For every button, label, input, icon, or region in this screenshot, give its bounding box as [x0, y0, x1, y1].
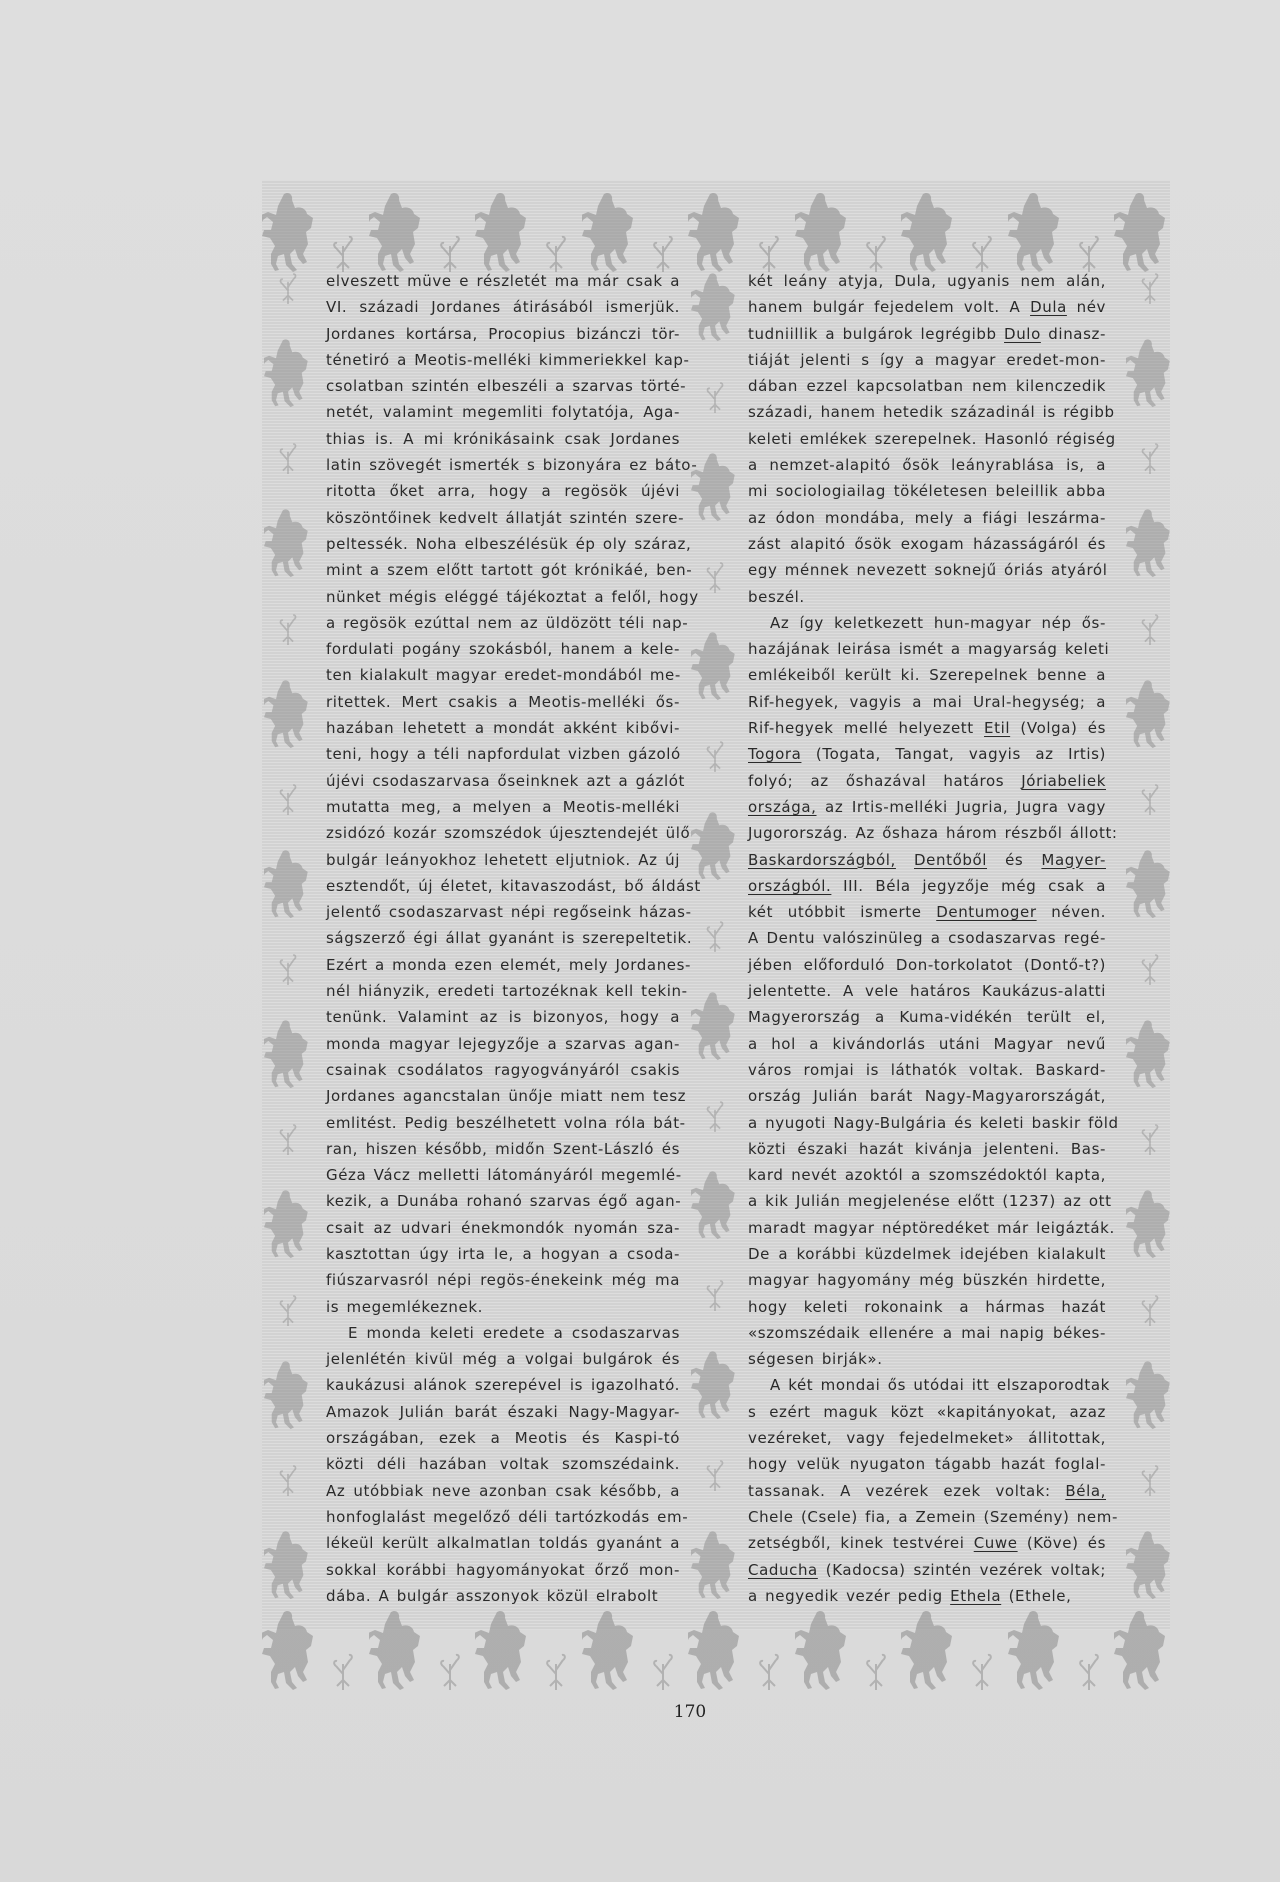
- sprig-icon: [1140, 1121, 1160, 1155]
- sprig-icon: [1140, 270, 1160, 304]
- text-line: köszöntőinek kedvelt állatját szintén sz…: [326, 505, 680, 531]
- text-line: országában, ezek a Meotis és Kaspi-tó: [326, 1425, 680, 1451]
- text-line: tudniillik a bulgárok legrégibb Dulo din…: [748, 321, 1106, 347]
- sprig-icon: [278, 951, 298, 985]
- sprig-icon: [1140, 1292, 1160, 1326]
- dancing-figures-icon: [1126, 1187, 1174, 1259]
- text-line: s ezért maguk közt «kapitányokat, azaz: [748, 1399, 1106, 1425]
- text-line: fordulati pogány szokásból, hanem a kele…: [326, 636, 680, 662]
- sprig-icon: [705, 1457, 725, 1491]
- underlined-term: Béla,: [1065, 1482, 1106, 1500]
- sprig-icon: [332, 232, 354, 272]
- dancing-figures-icon: [1114, 1608, 1170, 1690]
- text-line: jelentette. A vele határos Kaukázus-alat…: [748, 978, 1106, 1004]
- sprig-icon: [865, 1650, 887, 1690]
- dancing-figures-icon: [369, 190, 425, 272]
- dancing-figures-icon: [901, 1608, 957, 1690]
- text-line: Amazok Julián barát északi Nagy-Magyar-: [326, 1399, 680, 1425]
- text-line: emlékeiből került ki. Szerepelnek benne …: [748, 662, 1106, 688]
- sprig-icon: [705, 559, 725, 593]
- text-line: zást alapitó ősök exogam házasságáról és: [748, 531, 1106, 557]
- sprig-icon: [758, 232, 780, 272]
- dancing-figures-icon: [691, 989, 739, 1061]
- text-line: Chele (Csele) fia, a Zemein (Szemény) ne…: [748, 1504, 1106, 1530]
- sprig-icon: [278, 611, 298, 645]
- text-line: csolatban szintén elbeszéli a szarvas tö…: [326, 373, 680, 399]
- sprig-icon: [652, 232, 674, 272]
- dancing-figures-icon: [1008, 190, 1064, 272]
- dancing-figures-icon: [795, 190, 851, 272]
- underlined-term: Cuwe: [974, 1534, 1018, 1552]
- underlined-term: Etil: [984, 719, 1010, 737]
- dancing-figures-icon: [691, 1168, 739, 1240]
- text-line: a kik Julián megjelenése előtt (1237) az…: [748, 1188, 1106, 1214]
- dancing-figures-icon: [691, 1528, 739, 1600]
- text-line: közti déli hazában voltak szomszédaink.: [326, 1451, 680, 1477]
- underlined-term: Dulo: [1004, 325, 1041, 343]
- dancing-figures-icon: [1126, 506, 1174, 578]
- text-line: egy ménnek nevezett soknejű óriás atyáró…: [748, 557, 1106, 583]
- dancing-figures-icon: [691, 270, 739, 342]
- text-line: Jordanes kortársa, Procopius bizánczi tö…: [326, 321, 680, 347]
- underlined-term: Dentőből: [914, 851, 987, 869]
- text-line: elveszett müve e részletét ma már csak a: [326, 268, 680, 294]
- page-number: 170: [660, 1702, 720, 1722]
- sprig-icon: [1140, 440, 1160, 474]
- text-line: tiáját jelenti s így a magyar eredet-mon…: [748, 347, 1106, 373]
- text-line: Baskardországból, Dentőből és Magyer-: [748, 847, 1106, 873]
- text-line: mi sociologiailag tökéletesen beleillik …: [748, 478, 1106, 504]
- text-line: ségesen birják».: [748, 1346, 1106, 1372]
- text-line: kasztottan úgy irta le, a hogyan a csoda…: [326, 1241, 680, 1267]
- dancing-figures-icon: [262, 190, 318, 272]
- text-line: latin szövegét ismerték s bizonyára ez b…: [326, 452, 680, 478]
- text-line: VI. századi Jordanes átirásából ismerjük…: [326, 294, 680, 320]
- left-ornament-border: [258, 270, 318, 1600]
- dancing-figures-icon: [1126, 847, 1174, 919]
- dancing-figures-icon: [795, 1608, 851, 1690]
- text-line: a nemzet-alapitó ősök leányrablása is, a: [748, 452, 1106, 478]
- sprig-icon: [278, 1462, 298, 1496]
- dancing-figures-icon: [475, 1608, 531, 1690]
- text-line: De a korábbi küzdelmek idejében kialakul…: [748, 1241, 1106, 1267]
- text-line: kaukázusi alánok szerepével is igazolhat…: [326, 1372, 680, 1398]
- dancing-figures-icon: [1008, 1608, 1064, 1690]
- text-line: «szomszédaik ellenére a mai napig békes-: [748, 1320, 1106, 1346]
- dancing-figures-icon: [264, 336, 312, 408]
- text-line: Magyerország a Kuma-vidékén terült el,: [748, 1004, 1106, 1030]
- sprig-icon: [278, 1292, 298, 1326]
- text-line: a hol a kivándorlás utáni Magyar nevű: [748, 1031, 1106, 1057]
- text-line: hogy velük nyugaton tágabb hazát foglal-: [748, 1451, 1106, 1477]
- text-line: peltessék. Noha elbeszélésük ép oly szár…: [326, 531, 680, 557]
- text-line: ran, hiszen később, midőn Szent-László é…: [326, 1136, 680, 1162]
- dancing-figures-icon: [1126, 1528, 1174, 1600]
- dancing-figures-icon: [369, 1608, 425, 1690]
- text-line: ritettek. Mert csakis a Meotis-melléki ő…: [326, 689, 680, 715]
- dancing-figures-icon: [688, 1608, 744, 1690]
- text-line: A két mondai ős utódai itt elszaporodtak: [748, 1372, 1106, 1398]
- text-line: zsidózó kozár szomszédok újesztendejét ü…: [326, 820, 680, 846]
- underlined-term: Baskardországból,: [748, 851, 896, 869]
- text-line: nél hiányzik, eredeti tartozéknak kell t…: [326, 978, 680, 1004]
- text-line: két leány atyja, Dula, ugyanis nem alán,: [748, 268, 1106, 294]
- text-line: dában ezzel kapcsolatban nem kilenczedik: [748, 373, 1106, 399]
- text-line: jében előforduló Don-torkolatot (Dontő-t…: [748, 952, 1106, 978]
- text-line: nünket mégis eléggé tájékoztat a felől, …: [326, 584, 680, 610]
- text-line: jelentő csodaszarvast népi regőseink ház…: [326, 899, 680, 925]
- sprig-icon: [278, 1121, 298, 1155]
- text-line: esztendőt, új életet, kitavaszodást, bő …: [326, 873, 680, 899]
- text-line: magyar hagyomány még büszkén hirdette,: [748, 1267, 1106, 1293]
- dancing-figures-icon: [475, 190, 531, 272]
- text-line: jelenlétén kivül még a volgai bulgárok é…: [326, 1346, 680, 1372]
- dancing-figures-icon: [262, 1608, 318, 1690]
- dancing-figures-icon: [264, 847, 312, 919]
- dancing-figures-icon: [1126, 677, 1174, 749]
- sprig-icon: [1140, 781, 1160, 815]
- sprig-icon: [705, 918, 725, 952]
- dancing-figures-icon: [1114, 190, 1170, 272]
- text-line: város romjai is láthatók voltak. Baskard…: [748, 1057, 1106, 1083]
- sprig-icon: [705, 738, 725, 772]
- text-line: hanem bulgár fejedelem volt. A Dula név: [748, 294, 1106, 320]
- sprig-icon: [971, 232, 993, 272]
- text-line: hazában lehetett a mondát akként kibővi-: [326, 715, 680, 741]
- dancing-figures-icon: [264, 1358, 312, 1430]
- text-line: honfoglalást megelőző déli tartózkodás e…: [326, 1504, 680, 1530]
- left-text-column: elveszett müve e részletét ma már csak a…: [326, 268, 680, 1609]
- text-line: az ódon mondába, mely a fiági leszárma-: [748, 505, 1106, 531]
- text-line: zetségből, kinek testvérei Cuwe (Köve) é…: [748, 1530, 1106, 1556]
- text-line: lékeül került alkalmatlan toldás gyanánt…: [326, 1530, 680, 1556]
- text-line: tassanak. A vezérek ezek voltak: Béla,: [748, 1478, 1106, 1504]
- dancing-figures-icon: [901, 190, 957, 272]
- dancing-figures-icon: [582, 190, 638, 272]
- text-line: folyó; az őshazával határos Jóriabeliek: [748, 768, 1106, 794]
- text-line: Jordanes agancstalan ünője miatt nem tes…: [326, 1083, 680, 1109]
- text-line: is megemlékeznek.: [326, 1294, 680, 1320]
- bottom-ornament-border: [262, 1600, 1170, 1690]
- sprig-icon: [1140, 951, 1160, 985]
- dancing-figures-icon: [582, 1608, 638, 1690]
- text-line: Jugorország. Az őshaza három részből áll…: [748, 820, 1106, 846]
- underlined-term: Jóriabeliek: [1021, 772, 1106, 790]
- dancing-figures-icon: [1126, 336, 1174, 408]
- text-line: ritotta őket arra, hogy a regösök újévi: [326, 478, 680, 504]
- sprig-icon: [545, 1650, 567, 1690]
- dancing-figures-icon: [264, 506, 312, 578]
- text-line: országa, az Irtis-melléki Jugria, Jugra …: [748, 794, 1106, 820]
- dancing-figures-icon: [264, 677, 312, 749]
- text-line: hazájának leirása ismét a magyarság kele…: [748, 636, 1106, 662]
- underlined-term: Togora: [748, 745, 801, 763]
- underlined-term: Magyer-: [1041, 851, 1106, 869]
- text-line: a negyedik vezér pedig Ethela (Ethele,: [748, 1583, 1106, 1609]
- text-line: teni, hogy a téli napfordulat vizben gáz…: [326, 741, 680, 767]
- dancing-figures-icon: [691, 450, 739, 522]
- text-line: kezik, a Dunába rohanó szarvas égő agan-: [326, 1188, 680, 1214]
- sprig-icon: [652, 1650, 674, 1690]
- text-line: Rif-hegyek, vagyis a mai Ural-hegység; a: [748, 689, 1106, 715]
- sprig-icon: [278, 440, 298, 474]
- dancing-figures-icon: [264, 1017, 312, 1089]
- text-line: fiúszarvasról népi regös-énekeink még ma: [326, 1267, 680, 1293]
- text-line: a nyugoti Nagy-Bulgária és keleti baskir…: [748, 1110, 1106, 1136]
- sprig-icon: [545, 232, 567, 272]
- underlined-term: Caducha: [748, 1561, 818, 1579]
- text-line: csait az udvari énekmondók nyomán sza-: [326, 1215, 680, 1241]
- dancing-figures-icon: [691, 1348, 739, 1420]
- text-line: dába. A bulgár asszonyok közül elrabolt: [326, 1583, 680, 1609]
- text-line: ságszerző égi állat gyanánt is szerepelt…: [326, 925, 680, 951]
- text-line: sokkal korábbi hagyományokat őrző mon-: [326, 1557, 680, 1583]
- text-line: monda magyar lejegyzője a szarvas agan-: [326, 1031, 680, 1057]
- text-line: netét, valamint megemliti folytatója, Ag…: [326, 399, 680, 425]
- text-line: ország Julián barát Nagy-Magyarországát,: [748, 1083, 1106, 1109]
- text-line: Togora (Togata, Tangat, vagyis az Irtis): [748, 741, 1106, 767]
- sprig-icon: [278, 270, 298, 304]
- text-line: Az így keletkezett hun-magyar nép ős-: [748, 610, 1106, 636]
- dancing-figures-icon: [688, 190, 744, 272]
- sprig-icon: [865, 232, 887, 272]
- text-line: országból. III. Béla jegyzője még csak a: [748, 873, 1106, 899]
- text-line: kard nevét azoktól a szomszédoktól kapta…: [748, 1162, 1106, 1188]
- text-line: közti északi hazát kivánja jelenteni. Ba…: [748, 1136, 1106, 1162]
- right-ornament-border: [1125, 270, 1175, 1600]
- sprig-icon: [705, 1277, 725, 1311]
- text-line: maradt magyar néptöredéket már leigázták…: [748, 1215, 1106, 1241]
- dancing-figures-icon: [691, 629, 739, 701]
- sprig-icon: [278, 781, 298, 815]
- sprig-icon: [439, 1650, 461, 1690]
- text-line: E monda keleti eredete a csodaszarvas: [326, 1320, 680, 1346]
- text-line: thias is. A mi krónikásaink csak Jordane…: [326, 426, 680, 452]
- text-line: ten kialakult magyar eredet-mondából me-: [326, 662, 680, 688]
- sprig-icon: [332, 1650, 354, 1690]
- text-line: beszél.: [748, 584, 1106, 610]
- text-line: újévi csodaszarvasa őseinknek azt a gázl…: [326, 768, 680, 794]
- text-line: bulgár leányokhoz lehetett eljutniok. Az…: [326, 847, 680, 873]
- dancing-figures-icon: [264, 1187, 312, 1259]
- sprig-icon: [758, 1650, 780, 1690]
- text-line: a regösök ezúttal nem az üldözött téli n…: [326, 610, 680, 636]
- underlined-term: országból.: [748, 877, 831, 895]
- text-line: hogy keleti rokonaink a hármas hazát: [748, 1294, 1106, 1320]
- text-line: csainak csodálatos ragyogványáról csakis: [326, 1057, 680, 1083]
- text-line: századi, hanem hetedik századinál is rég…: [748, 399, 1106, 425]
- text-line: két utóbbit ismerte Dentumoger néven.: [748, 899, 1106, 925]
- sprig-icon: [1078, 232, 1100, 272]
- text-line: A Dentu valószinüleg a csodaszarvas regé…: [748, 925, 1106, 951]
- text-line: Rif-hegyek mellé helyezett Etil (Volga) …: [748, 715, 1106, 741]
- text-line: Ezért a monda ezen elemét, mely Jordanes…: [326, 952, 680, 978]
- dancing-figures-icon: [691, 809, 739, 881]
- middle-ornament-border: [690, 270, 740, 1600]
- sprig-icon: [439, 232, 461, 272]
- dancing-figures-icon: [264, 1528, 312, 1600]
- sprig-icon: [1078, 1650, 1100, 1690]
- dancing-figures-icon: [1126, 1017, 1174, 1089]
- dancing-figures-icon: [1126, 1358, 1174, 1430]
- text-line: Géza Vácz melletti látományáról megemlé-: [326, 1162, 680, 1188]
- underlined-term: Dula: [1030, 298, 1067, 316]
- top-ornament-border: [262, 182, 1170, 272]
- right-text-column: két leány atyja, Dula, ugyanis nem alán,…: [748, 268, 1106, 1609]
- underlined-term: országa,: [748, 798, 817, 816]
- text-line: mint a szem előtt tartott gót krónikáé, …: [326, 557, 680, 583]
- text-line: keleti emlékek szerepelnek. Hasonló régi…: [748, 426, 1106, 452]
- text-line: Caducha (Kadocsa) szintén vezérek voltak…: [748, 1557, 1106, 1583]
- text-line: tenünk. Valamint az is bizonyos, hogy a: [326, 1004, 680, 1030]
- text-line: vezéreket, vagy fejedelmeket» állitottak…: [748, 1425, 1106, 1451]
- text-line: Az utóbbiak neve azonban csak később, a: [326, 1478, 680, 1504]
- sprig-icon: [1140, 1462, 1160, 1496]
- text-line: mutatta meg, a melyen a Meotis-melléki: [326, 794, 680, 820]
- text-line: ténetiró a Meotis-melléki kimmeriekkel k…: [326, 347, 680, 373]
- sprig-icon: [971, 1650, 993, 1690]
- underlined-term: Ethela: [950, 1587, 1001, 1605]
- sprig-icon: [705, 1098, 725, 1132]
- sprig-icon: [1140, 611, 1160, 645]
- text-line: emlitést. Pedig beszélhetett volna róla …: [326, 1110, 680, 1136]
- sprig-icon: [705, 379, 725, 413]
- underlined-term: Dentumoger: [936, 903, 1036, 921]
